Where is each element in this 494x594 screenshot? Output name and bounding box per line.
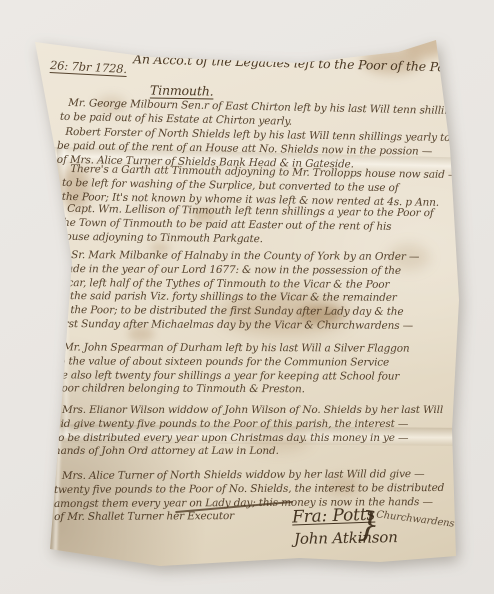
- legacy-entry: Sr. Mark Milbanke of Halnaby in the Coun…: [57, 249, 419, 334]
- manuscript-line: twenty five pounds to the Poor of No. Sh…: [54, 482, 444, 498]
- stain-mark: [192, 28, 270, 54]
- manuscript-line: Mr. John Spearman of Durham left by his …: [55, 341, 409, 356]
- manuscript-line: poor children belonging to Tinmouth & Pr…: [55, 383, 409, 398]
- legacy-entry: Capt. Wm. Lellison of Tinmouth left tenn…: [59, 203, 434, 249]
- manuscript-line: hands of John Ord attorney at Law in Lon…: [54, 445, 443, 459]
- manuscript-line: made in the year of our Lord 1677: & now…: [57, 263, 419, 279]
- document-text: 26: 7br 1728. An Acco.t of the Legacies …: [0, 0, 494, 594]
- signature-atkinson: John Atkinson: [294, 528, 398, 548]
- document-title: An Acco.t of the Legacies left to the Po…: [133, 51, 494, 76]
- legacy-entry: Mrs. Elianor Wilson widdow of John Wilso…: [54, 404, 443, 459]
- manuscript-wrapper: 26: 7br 1728. An Acco.t of the Legacies …: [0, 0, 494, 594]
- ink-smudge: [243, 37, 296, 51]
- manuscript-line: did give twenty five pounds to the Poor …: [54, 418, 443, 432]
- manuscript-line: he also left twenty four shillings a yea…: [55, 369, 409, 384]
- document-subtitle: Tinmouth.: [150, 82, 214, 98]
- photo-background: 26: 7br 1728. An Acco.t of the Legacies …: [0, 0, 494, 594]
- manuscript-page: 26: 7br 1728. An Acco.t of the Legacies …: [0, 0, 494, 594]
- legacy-entry: Mr. John Spearman of Durham left by his …: [55, 341, 410, 397]
- manuscript-line: Mrs. Elianor Wilson widdow of John Wilso…: [54, 404, 443, 418]
- stain-mark: [372, 33, 398, 41]
- manuscript-line: to the value of about sixteen pounds for…: [55, 355, 409, 370]
- manuscript-line: first Sunday after Michaelmas day by the…: [57, 318, 419, 334]
- document-date: 26: 7br 1728.: [50, 58, 128, 76]
- manuscript-line: amongst them every year on Lady day; thi…: [54, 496, 444, 512]
- manuscript-line: to be distributed every year upon Christ…: [54, 432, 443, 446]
